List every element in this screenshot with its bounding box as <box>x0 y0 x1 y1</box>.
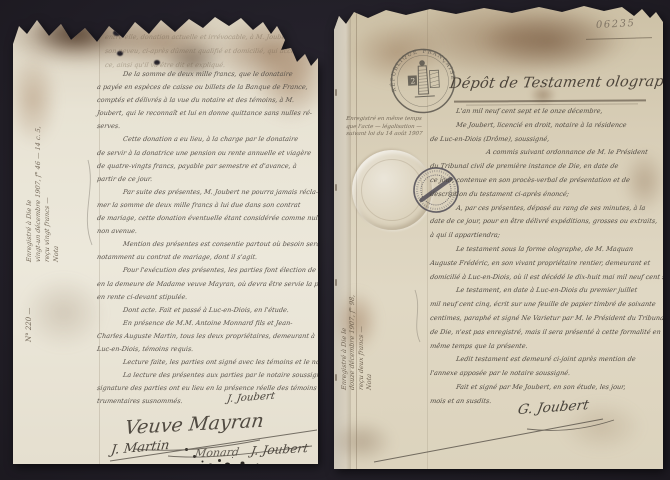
left-document-page: Enregistré à Die levingt-un décembre 190… <box>13 10 318 464</box>
manuscript-line: comptés et délivrés à la vue du notaire … <box>96 94 318 107</box>
manuscript-line: a payée en espèces de caisse ou billets … <box>96 81 318 94</box>
manuscript-line: notamment au contrat de mariage, dont il… <box>96 251 318 264</box>
manuscript-line: Ledit testament est demeuré ci-joint apr… <box>429 353 661 367</box>
manuscript-line: L'an mil neuf cent sept et le onze décem… <box>429 105 661 119</box>
manuscript-line: A commis suivant ordonnance de M. le Pré… <box>429 146 661 160</box>
manuscript-line: Charles Auguste Martin, tous les deux pr… <box>96 330 318 343</box>
manuscript-line: l'annexe apposée par le notaire soussign… <box>429 367 661 381</box>
faded-manuscript-lines: entre elle, donation actuelle et irrévoc… <box>105 30 317 72</box>
manuscript-line: Par suite des présentes, M. Joubert ne p… <box>96 186 318 199</box>
manuscript-line: partir de ce jour. <box>96 173 318 186</box>
svg-text:RÉPUBLIQUE: RÉPUBLIQUE <box>387 49 421 93</box>
manuscript-line: A, par ces présentes, déposé au rang de … <box>429 202 661 216</box>
stitch <box>335 374 337 381</box>
manuscript-line: Enregistré à Die le <box>25 66 34 262</box>
manuscript-line: Nota <box>52 66 61 262</box>
manuscript-line: non avenue. <box>96 225 318 238</box>
manuscript-line: mil neuf cent cinq, écrit sur une feuill… <box>429 298 661 312</box>
binding-fold-line <box>356 4 357 469</box>
manuscript-line: Mention des présentes est consentie part… <box>96 238 318 251</box>
manuscript-line: ce jour, contenue en son procès-verbal d… <box>429 174 661 188</box>
manuscript-body: De la somme de deux mille francs, que le… <box>97 68 318 408</box>
signature-witness-1: J. Martin <box>110 438 170 458</box>
manuscript-line: Pour l'exécution des présentes, les part… <box>96 264 318 277</box>
manuscript-line: centimes, paraphé et signé Ne Varietur p… <box>429 312 661 326</box>
stitch <box>335 89 337 96</box>
manuscript-line: Auguste Frédéric, en son vivant propriét… <box>429 257 661 271</box>
stitch <box>335 184 337 191</box>
manuscript-line: Me Joubert, licencié en droit, notaire à… <box>429 119 661 133</box>
manuscript-line: son neveu, ci-après dûment qualifié et d… <box>104 44 318 58</box>
signature-widow: Veuve Mayran <box>124 410 265 439</box>
manuscript-line: serves. <box>96 120 318 133</box>
binding-strip <box>334 4 351 469</box>
manuscript-line: description du testament ci-après énoncé… <box>429 188 661 202</box>
margin-number: N° 220 — <box>25 298 34 342</box>
manuscript-line: Luc-en-Diois, témoins requis. <box>96 343 318 356</box>
archival-number: 06235 <box>596 18 636 31</box>
manuscript-line: de Luc-en-Diois (Drôme), soussigné, <box>429 133 661 147</box>
manuscript-line: De la somme de deux mille francs, que le… <box>96 68 318 81</box>
document-title: Dépôt de Testament olographe. <box>449 74 663 92</box>
manuscript-line: de Die, n'est pas enregistré, mais il se… <box>429 326 661 340</box>
manuscript-line: Fait et signé par Me Joubert, en son étu… <box>429 381 661 395</box>
manuscript-line: domicilié à Luc-en-Diois, où il est décé… <box>429 271 661 285</box>
manuscript-line: Dont acte. Fait et passé à Luc-en-Diois,… <box>96 304 318 317</box>
manuscript-line: Le testament, en date à Luc-en-Diois du … <box>429 284 661 298</box>
margin-note: Enregistré à Die ledouze décembre 1907, … <box>340 240 374 390</box>
manuscript-line: Nota <box>365 239 373 390</box>
stain <box>31 12 116 54</box>
ink-spatter <box>185 448 188 451</box>
manuscript-line: reçu vingt francs — <box>43 66 52 262</box>
manuscript-line: Lecture faite, les parties ont signé ave… <box>96 356 318 369</box>
manuscript-body: L'an mil neuf cent sept et le onze décem… <box>430 105 660 409</box>
manuscript-line: vingt-un décembre 1907, f° 46 — 14 c. 5, <box>34 66 43 262</box>
manuscript-line: de servir à la donatrice une pension ou … <box>96 147 318 160</box>
manuscript-line: de quatre-vingts francs, payable par sem… <box>96 160 318 173</box>
manuscript-line: entre elle, donation actuelle et irrévoc… <box>104 30 318 44</box>
manuscript-line: La lecture des présentes aux parties par… <box>96 369 318 382</box>
manuscript-line: en rente ci-devant stipulée. <box>96 291 318 304</box>
manuscript-line: mer la somme de deux mille francs à lui … <box>96 199 318 212</box>
signature-witness-2: Monard <box>194 445 240 460</box>
stamp-figure-head <box>419 60 425 66</box>
manuscript-line: En présence de M.M. Antoine Monnard fils… <box>96 317 318 330</box>
archival-scan-canvas: Enregistré à Die levingt-un décembre 190… <box>0 0 670 480</box>
signature-notary-bottom: J. Joubert <box>250 441 309 458</box>
stamp-value: 2 <box>410 76 415 85</box>
manuscript-line: à qui il appartiendra; <box>429 229 661 243</box>
manuscript-line: signature des parties ont eu lieu en la … <box>96 382 318 395</box>
manuscript-line: en la demeure de Madame veuve Mayran, où… <box>96 278 318 291</box>
right-document-page: 06235 RÉPUBLIQUE FRANÇAISE <box>334 4 663 469</box>
manuscript-line: Le testament sous la forme olographe, de… <box>429 243 661 257</box>
right-page-wrap: 06235 RÉPUBLIQUE FRANÇAISE <box>334 4 663 469</box>
manuscript-line: Cette donation a eu lieu, à la charge pa… <box>96 133 318 146</box>
manuscript-line: douze décembre 1907, f° 98, <box>348 239 356 390</box>
manuscript-line: Joubert, qui le reconnaît et lui en donn… <box>96 107 318 120</box>
manuscript-line: trumentaires susnommés. <box>96 395 318 408</box>
archival-number-underline <box>586 37 652 40</box>
stamp-ring-text-left: RÉPUBLIQUE <box>387 49 421 93</box>
manuscript-line: du Tribunal civil de première instance d… <box>429 160 661 174</box>
stitch <box>335 279 337 286</box>
manuscript-line: de mariage, cette donation éventuelle ét… <box>96 212 318 225</box>
margin-number-text: N° 220 — <box>25 308 33 342</box>
title-underline <box>454 99 646 102</box>
left-page-wrap: Enregistré à Die levingt-un décembre 190… <box>13 10 318 464</box>
manuscript-line: reçu deux francs — <box>357 239 365 390</box>
manuscript-line: même temps que la présente. <box>429 340 661 354</box>
manuscript-line: date de ce jour, pour en être délivré ex… <box>429 215 661 229</box>
margin-note: Enregistré à Die levingt-un décembre 190… <box>25 67 61 262</box>
